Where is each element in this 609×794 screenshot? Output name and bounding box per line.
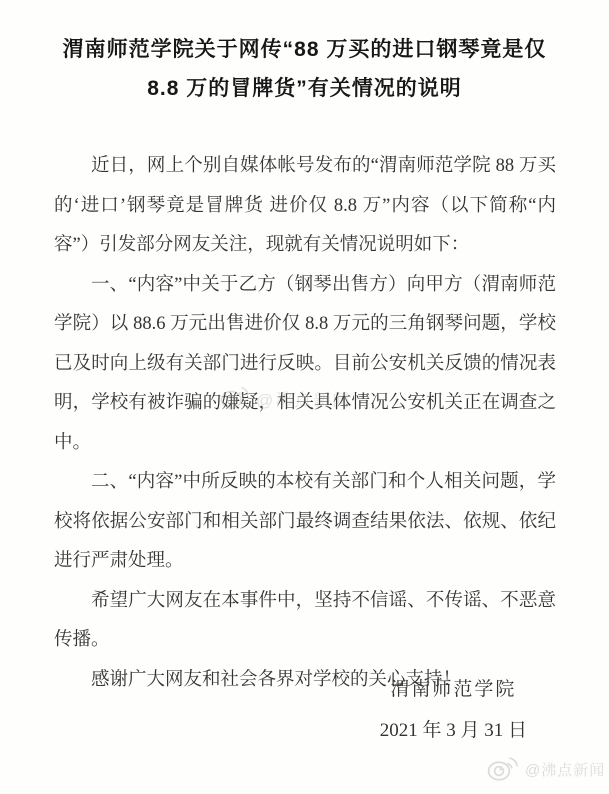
paragraph-intro: 近日，网上个别自媒体帐号发布的“渭南师范学院 88 万买的‘进口’钢琴竟是冒牌货…	[54, 147, 556, 266]
document-title: 渭南师范学院关于网传“88 万买的进口钢琴竟是仅 8.8 万的冒牌货”有关情况的…	[20, 30, 589, 108]
title-line-2: 8.8 万的冒牌货”有关情况的说明	[20, 69, 589, 108]
weibo-eye-icon	[486, 751, 520, 787]
title-line-1: 渭南师范学院关于网传“88 万买的进口钢琴竟是仅	[20, 30, 589, 69]
paragraph-point-2: 二、“内容”中所反映的本校有关部门和个人相关问题，学校将依据公安部门和相关部门最…	[54, 463, 556, 582]
signature-date: 2021 年 3 月 31 日	[380, 710, 527, 751]
watermark-handle-text: @沸点新闻	[525, 759, 605, 780]
paragraph-point-1: 一、“内容”中关于乙方（钢琴出售方）向甲方（渭南师范学院）以 88.6 万元出售…	[54, 266, 556, 464]
statement-document-page: 渭南师范学院关于网传“88 万买的进口钢琴竟是仅 8.8 万的冒牌货”有关情况的…	[0, 0, 609, 794]
signature-block: 渭南师范学院 2021 年 3 月 31 日	[380, 669, 527, 751]
signature-organization: 渭南师范学院	[380, 669, 527, 710]
weibo-watermark-bottom-right: @沸点新闻	[486, 751, 605, 787]
document-body: 近日，网上个别自媒体帐号发布的“渭南师范学院 88 万买的‘进口’钢琴竟是冒牌货…	[54, 147, 556, 700]
signature-inner: 渭南师范学院 2021 年 3 月 31 日	[380, 669, 527, 751]
paragraph-appeal: 希望广大网友在本事件中，坚持不信谣、不传谣、不恶意传播。	[54, 582, 556, 661]
